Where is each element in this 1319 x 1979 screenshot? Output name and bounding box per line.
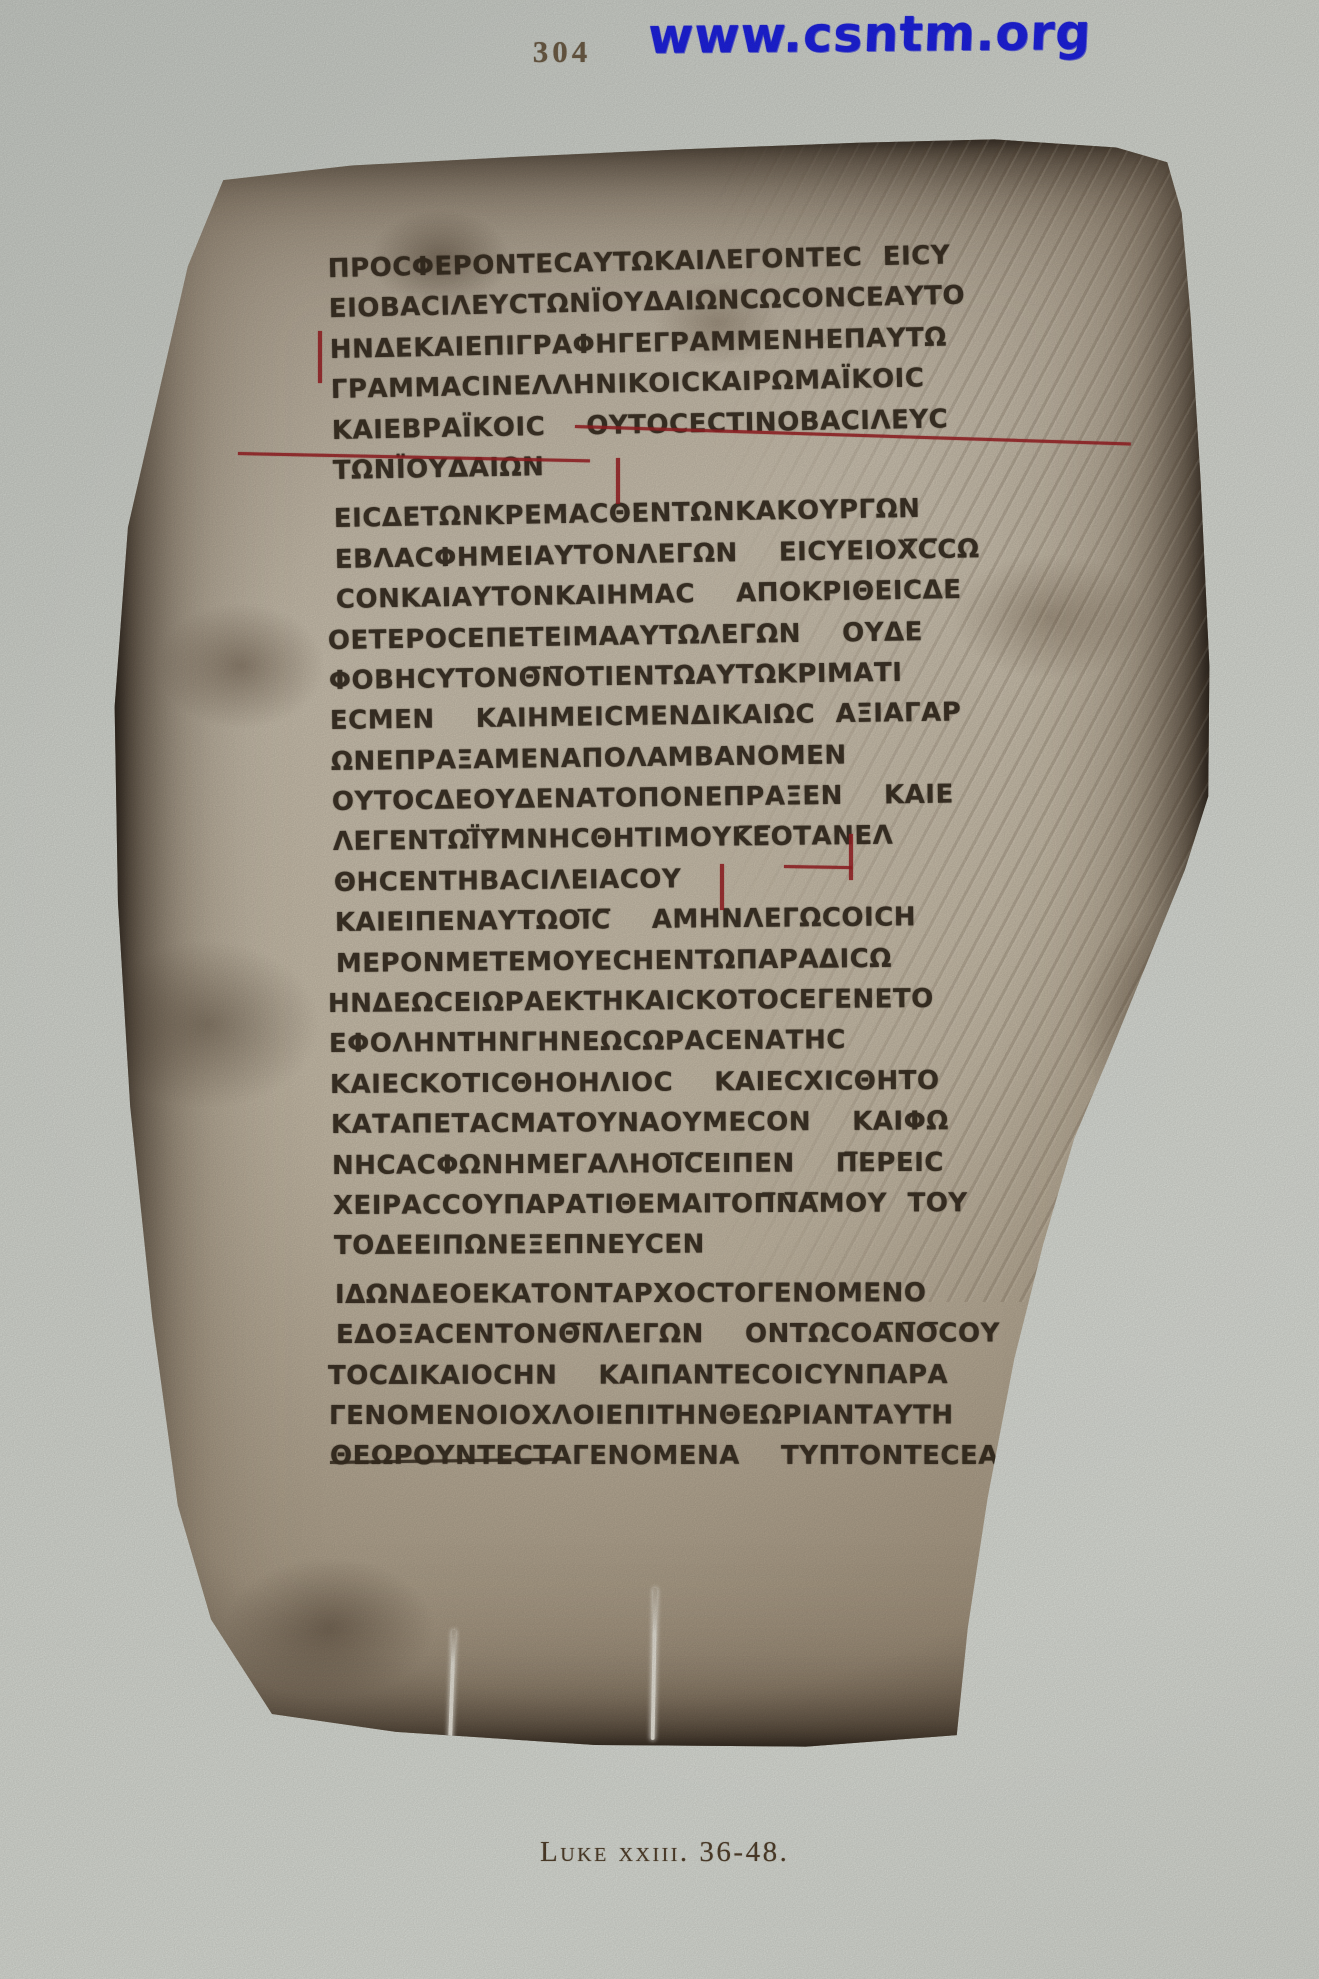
manuscript-line: ΚΑΙΕϹΚΟΤΙϹΘΗΟΗΛΙΟϹ ΚΑΙΕϹΧΙϹΘΗΤΟ xyxy=(330,1065,1090,1111)
facsimile-photo: 304 www.csntm.org ΠΡΟϹΦΕΡΟΝΤΕϹΑΥΤΩΚΑΙΛΕΓ… xyxy=(0,0,1319,1979)
rubric-bar-mark xyxy=(849,834,853,880)
manuscript-line: ΤΟϹΔΙΚΑΙΟϹΗΝ ΚΑΙΠΑΝΤΕϹΟΙϹΥΝΠΑΡΑ xyxy=(328,1359,1088,1401)
manuscript-line: ΝΗϹΑϹΦΩΝΗΜΕΓΑΛΗΟΙ̅Ϲ̅ΕΙΠΕΝ Π̅ΕΡΕΙϹ xyxy=(332,1147,1092,1191)
manuscript-line: ΕΦΟΛΗΝΤΗΝΓΗΝΕΩϹΩΡΑϹΕΝΑΤΗϹ xyxy=(329,1024,1089,1070)
manuscript-line: ΚΑΙΕΙΠΕΝΑΥΤΩΟΙ̅Ϲ̅ ΑΜΗΝΛΕΓΩϹΟΙϹΗ xyxy=(335,901,1095,949)
manuscript-line: ΜΕΡΟΝΜΕΤΕΜΟΥΕϹΗΕΝΤΩΠΑΡΑΔΙϹΩ xyxy=(336,942,1096,989)
manuscript-line: ΧΕΙΡΑϹϹΟΥΠΑΡΑΤΙΘΕΜΑΙΤΟΠ̅Ν̅Α̅ΜΟΥ ΤΟΥ xyxy=(333,1188,1093,1232)
rubric-bar-mark xyxy=(318,331,322,383)
page-number-label: 304 xyxy=(522,34,602,70)
watermark-label: www.csntm.org xyxy=(647,4,1070,65)
manuscript-page: ΠΡΟϹΦΕΡΟΝΤΕϹΑΥΤΩΚΑΙΛΕΓΟΝΤΕϹ ΕΙϹΥΕΙΟΒΑϹΙΛ… xyxy=(108,128,1216,1758)
manuscript-line: ΗΝΔΕΩϹΕΙΩΡΑΕΚΤΗΚΑΙϹΚΟΤΟϹΕΓΕΝΕΤΟ xyxy=(328,983,1088,1030)
rubric-bar-mark xyxy=(720,864,724,910)
manuscript-line: ΙΔΩΝΔΕΟΕΚΑΤΟΝΤΑΡΧΟϹΤΟΓΕΝΟΜΕΝΟ xyxy=(335,1277,1095,1320)
manuscript-line: ΚΑΤΑΠΕΤΑϹΜΑΤΟΥΝΑΟΥΜΕϹΟΝ ΚΑΙΦΩ xyxy=(331,1106,1091,1151)
caption-label: Luke xxiii. 36-48. xyxy=(540,1836,789,1869)
manuscript-line: ΕΔΟΞΑϹΕΝΤΟΝΘ̅Ν̅ΛΕΓΩΝ ΟΝΤΩϹΟΑ̅Ν̅Ο̅ϹΟΥ xyxy=(336,1318,1096,1360)
tear-mark xyxy=(651,1588,658,1740)
tear-mark xyxy=(448,1630,456,1742)
manuscript-line: ΓΕΝΟΜΕΝΟΙΟΧΛΟΙΕΠΙΤΗΝΘΕΩΡΙΑΝΤΑΥΤΗ xyxy=(329,1400,1089,1441)
manuscript-line: ΤΟΔΕΕΙΠΩΝΕΞΕΠΝΕΥϹΕΝ xyxy=(334,1228,1094,1271)
rubric-bar-mark xyxy=(616,458,620,504)
